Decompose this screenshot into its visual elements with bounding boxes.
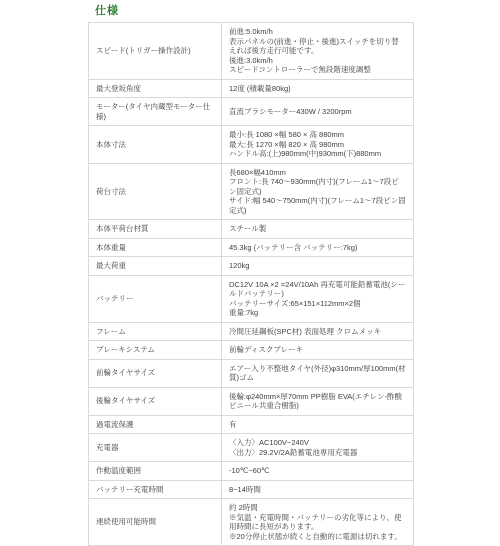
row-value: 長680×幅410mm フロント:長 740〜930mm(内寸)(フレーム1〜7… (222, 163, 414, 220)
row-label: 前輪タイヤサイズ (89, 359, 222, 387)
page-title: 仕様 (88, 0, 414, 22)
value-line: バッテリーサイズ:65×151×112mm×2個 (229, 299, 406, 309)
value-line: 前輪ディスクブレーキ (229, 345, 406, 355)
value-line: 重量:7kg (229, 308, 406, 318)
value-line: 45.3kg (バッテリー含 バッテリー:7kg) (229, 243, 406, 253)
table-row: 前輪タイヤサイズ エアー入り不整地タイヤ(外径)φ310mm/厚100mm(材質… (89, 359, 414, 387)
table-row: 後輪タイヤサイズ 後輪:φ240mm×厚70mm PP樹脂 EVA(エチレン-酢… (89, 387, 414, 415)
row-label: 本体重量 (89, 238, 222, 257)
value-line: スピードコントローラーで無段階速度調整 (229, 65, 406, 75)
row-label: スピード(トリガー操作設計) (89, 23, 222, 80)
row-value: 8~14時間 (222, 480, 414, 499)
row-value: 45.3kg (バッテリー含 バッテリー:7kg) (222, 238, 414, 257)
row-label: 作動温度範囲 (89, 462, 222, 481)
spec-table: スピード(トリガー操作設計) 前進:5.0km/h 表示パネルの(前進・停止・後… (88, 22, 414, 500)
row-value: 最小:長 1080 ×幅 580 × 高 880mm 最大:長 1270 ×幅 … (222, 126, 414, 164)
table-row: 充電器 〈入力〉AC100V~240V 〈出力〉29.2V/2A鉛蓄電池専用充電… (89, 434, 414, 462)
row-value: 有 (222, 415, 414, 434)
table-row: 過電流保護 有 (89, 415, 414, 434)
value-line: DC12V 10A ×2 =24V/10Ah 再充電可能鉛蓄電池(シールドバッテ… (229, 280, 406, 299)
row-value: 前輪ディスクブレーキ (222, 341, 414, 360)
row-value: DC12V 10A ×2 =24V/10Ah 再充電可能鉛蓄電池(シールドバッテ… (222, 275, 414, 322)
row-value: エアー入り不整地タイヤ(外径)φ310mm/厚100mm(材質)ゴム (222, 359, 414, 387)
row-value: スチール製 (222, 220, 414, 239)
row-label: 最大登坂角度 (89, 79, 222, 98)
table-row: 本体平荷台材質 スチール製 (89, 220, 414, 239)
row-value: 直流ブラシモーター430W / 3200rpm (222, 98, 414, 126)
value-line: 〈出力〉29.2V/2A鉛蓄電池専用充電器 (229, 448, 406, 458)
row-label: バッテリー充電時間 (89, 480, 222, 499)
value-line: -10℃~60℃ (229, 466, 406, 476)
value-line: 〈入力〉AC100V~240V (229, 438, 406, 448)
row-label: 後輪タイヤサイズ (89, 387, 222, 415)
value-line: 直流ブラシモーター430W / 3200rpm (229, 107, 406, 117)
row-label: フレーム (89, 322, 222, 341)
value-line: サイド:幅 540〜750mm(内寸)(フレーム1〜7段ピン固定式) (229, 196, 406, 215)
row-value: 12度 (積載量80kg) (222, 79, 414, 98)
value-line: 冷間圧延鋼板(SPC材) 表面処理 クロムメッキ (229, 327, 406, 337)
row-label: バッテリー (89, 275, 222, 322)
table-row: 本体寸法 最小:長 1080 ×幅 580 × 高 880mm 最大:長 127… (89, 126, 414, 164)
value-line: 表示パネルの(前進・停止・後進)スイッチを切り替えれば後方走行可能です。 (229, 37, 406, 56)
row-value: -10℃~60℃ (222, 462, 414, 481)
spec-sheet: 仕様 スピード(トリガー操作設計) 前進:5.0km/h 表示パネルの(前進・停… (88, 0, 414, 500)
value-line: エアー入り不整地タイヤ(外径)φ310mm/厚100mm(材質)ゴム (229, 364, 406, 383)
value-line: 120kg (229, 261, 406, 271)
table-row: 最大登坂角度 12度 (積載量80kg) (89, 79, 414, 98)
row-label: 本体寸法 (89, 126, 222, 164)
value-line: フロント:長 740〜930mm(内寸)(フレーム1〜7段ピン固定式) (229, 177, 406, 196)
table-row: 最大荷重 120kg (89, 257, 414, 276)
row-value: 前進:5.0km/h 表示パネルの(前進・停止・後進)スイッチを切り替えれば後方… (222, 23, 414, 80)
row-label: 過電流保護 (89, 415, 222, 434)
row-label: 荷台寸法 (89, 163, 222, 220)
table-row: フレーム 冷間圧延鋼板(SPC材) 表面処理 クロムメッキ (89, 322, 414, 341)
table-row: スピード(トリガー操作設計) 前進:5.0km/h 表示パネルの(前進・停止・後… (89, 23, 414, 80)
table-row: 本体重量 45.3kg (バッテリー含 バッテリー:7kg) (89, 238, 414, 257)
value-line: 8~14時間 (229, 485, 406, 495)
table-row: バッテリー充電時間 8~14時間 (89, 480, 414, 499)
value-line: スチール製 (229, 224, 406, 234)
row-value: 〈入力〉AC100V~240V 〈出力〉29.2V/2A鉛蓄電池専用充電器 (222, 434, 414, 462)
row-label: モーター(タイヤ内蔵型モーター仕様) (89, 98, 222, 126)
row-value: 120kg (222, 257, 414, 276)
row-label: ブレーキシステム (89, 341, 222, 360)
row-label: 充電器 (89, 434, 222, 462)
table-row: 荷台寸法 長680×幅410mm フロント:長 740〜930mm(内寸)(フレ… (89, 163, 414, 220)
table-row: 作動温度範囲 -10℃~60℃ (89, 462, 414, 481)
value-line: 最大:長 1270 ×幅 820 × 高 980mm (229, 140, 406, 150)
table-row: モーター(タイヤ内蔵型モーター仕様) 直流ブラシモーター430W / 3200r… (89, 98, 414, 126)
value-line: ハンドル高:(上)980mm(中)930mm(下)880mm (229, 149, 406, 159)
value-line: 長680×幅410mm (229, 168, 406, 178)
value-line: 12度 (積載量80kg) (229, 84, 406, 94)
value-line: 最小:長 1080 ×幅 580 × 高 880mm (229, 130, 406, 140)
value-line: 有 (229, 420, 406, 430)
row-label: 最大荷重 (89, 257, 222, 276)
row-value: 冷間圧延鋼板(SPC材) 表面処理 クロムメッキ (222, 322, 414, 341)
value-line: 前進:5.0km/h (229, 27, 406, 37)
table-row: バッテリー DC12V 10A ×2 =24V/10Ah 再充電可能鉛蓄電池(シ… (89, 275, 414, 322)
row-value: 後輪:φ240mm×厚70mm PP樹脂 EVA(エチレン-酢酸ビニール共重合樹… (222, 387, 414, 415)
row-label: 本体平荷台材質 (89, 220, 222, 239)
value-line: 後輪:φ240mm×厚70mm PP樹脂 EVA(エチレン-酢酸ビニール共重合樹… (229, 392, 406, 411)
value-line: 後進:3.0km/h (229, 56, 406, 66)
table-row: ブレーキシステム 前輪ディスクブレーキ (89, 341, 414, 360)
